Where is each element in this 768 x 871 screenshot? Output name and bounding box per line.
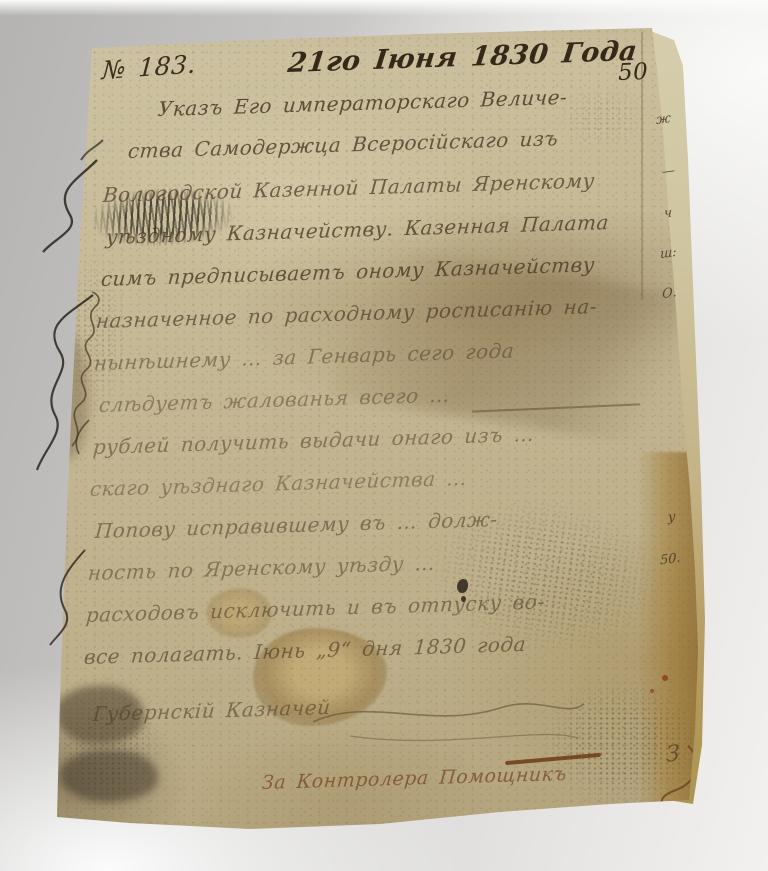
dark-stain bbox=[56, 686, 144, 744]
manuscript-line: все полагать. Іюнь „9“ дня 1830 года bbox=[83, 632, 527, 669]
signature-line: Губернскій Казначей bbox=[92, 695, 331, 726]
mold-speckle-patch bbox=[50, 676, 165, 821]
mold-speckle-patch bbox=[556, 86, 651, 148]
manuscript-line: рублей получить выдачи онаго изъ … bbox=[92, 422, 535, 459]
dark-stain bbox=[46, 335, 88, 460]
manuscript-line: Попову исправившему въ … долж- bbox=[94, 507, 498, 543]
signature-flourish bbox=[308, 690, 598, 750]
adjacent-page-text-fragment: у bbox=[668, 509, 675, 525]
rust-spot bbox=[650, 689, 654, 693]
photograph-of-archival-document: № 183. 21го Іюня 1830 Года 50 Указъ Его … bbox=[0, 0, 768, 871]
manuscript-line: симъ предписываетъ оному Казначейству bbox=[100, 252, 596, 291]
mold-speckle-patch bbox=[418, 482, 672, 668]
adjacent-page-text-fragment: З bbox=[666, 741, 680, 768]
adjacent-page-text-fragment: ж bbox=[656, 111, 671, 128]
manuscript-line: скаго уѣзднаго Казначейства … bbox=[89, 466, 468, 501]
water-stain-band bbox=[330, 242, 695, 449]
date-heading: 21го Іюня 1830 Года bbox=[286, 36, 639, 79]
document-number: № 183. bbox=[101, 49, 197, 85]
manuscript-line: назначенное по расходному росписанію на- bbox=[95, 294, 598, 333]
manuscript-line: ность по Яренскому уѣзду … bbox=[87, 551, 436, 585]
manuscript-line: Указъ Его императорскаго Величе- bbox=[157, 85, 568, 121]
document-page: № 183. 21го Іюня 1830 Года 50 Указъ Его … bbox=[0, 0, 768, 871]
ink-stroke bbox=[505, 753, 601, 765]
countersignature-line: За Контролера Помощникъ bbox=[261, 763, 567, 794]
manuscript-line: ства Самодержца Всеросійскаго изъ bbox=[127, 126, 559, 163]
ink-blot bbox=[457, 579, 468, 593]
manuscript-line: слѣдуетъ жалованья всего … bbox=[98, 383, 451, 417]
fold-crease bbox=[641, 32, 643, 300]
manuscript-line: расходовъ исключить и въ отпуску во- bbox=[85, 589, 545, 627]
adjacent-page-text-fragment: ш: bbox=[660, 245, 677, 262]
rust-spot bbox=[662, 675, 668, 681]
dark-stain bbox=[60, 750, 158, 802]
margin-note-flourish bbox=[58, 288, 110, 453]
underline-stroke bbox=[472, 403, 640, 412]
adjacent-page-text-fragment: 50. bbox=[660, 550, 680, 568]
manuscript-line: уѣздному Казначейству. Казенная Палата bbox=[105, 210, 610, 249]
adjacent-page-text-fragment: — bbox=[662, 163, 675, 180]
water-blot-small bbox=[206, 588, 272, 638]
page-number: 50 bbox=[618, 59, 649, 86]
manuscript-line: Вологодской Казенной Палаты Яренскому bbox=[102, 168, 596, 207]
water-blot bbox=[253, 628, 387, 726]
adjacent-page-text-fragment: ч bbox=[664, 205, 672, 221]
mold-speckle-patch bbox=[58, 248, 130, 423]
adjacent-page-text-fragment: О. bbox=[662, 285, 677, 302]
manuscript-line: нынѣшнему … за Генварь сего года bbox=[93, 338, 515, 375]
ink-hatch-smudge bbox=[91, 184, 236, 249]
